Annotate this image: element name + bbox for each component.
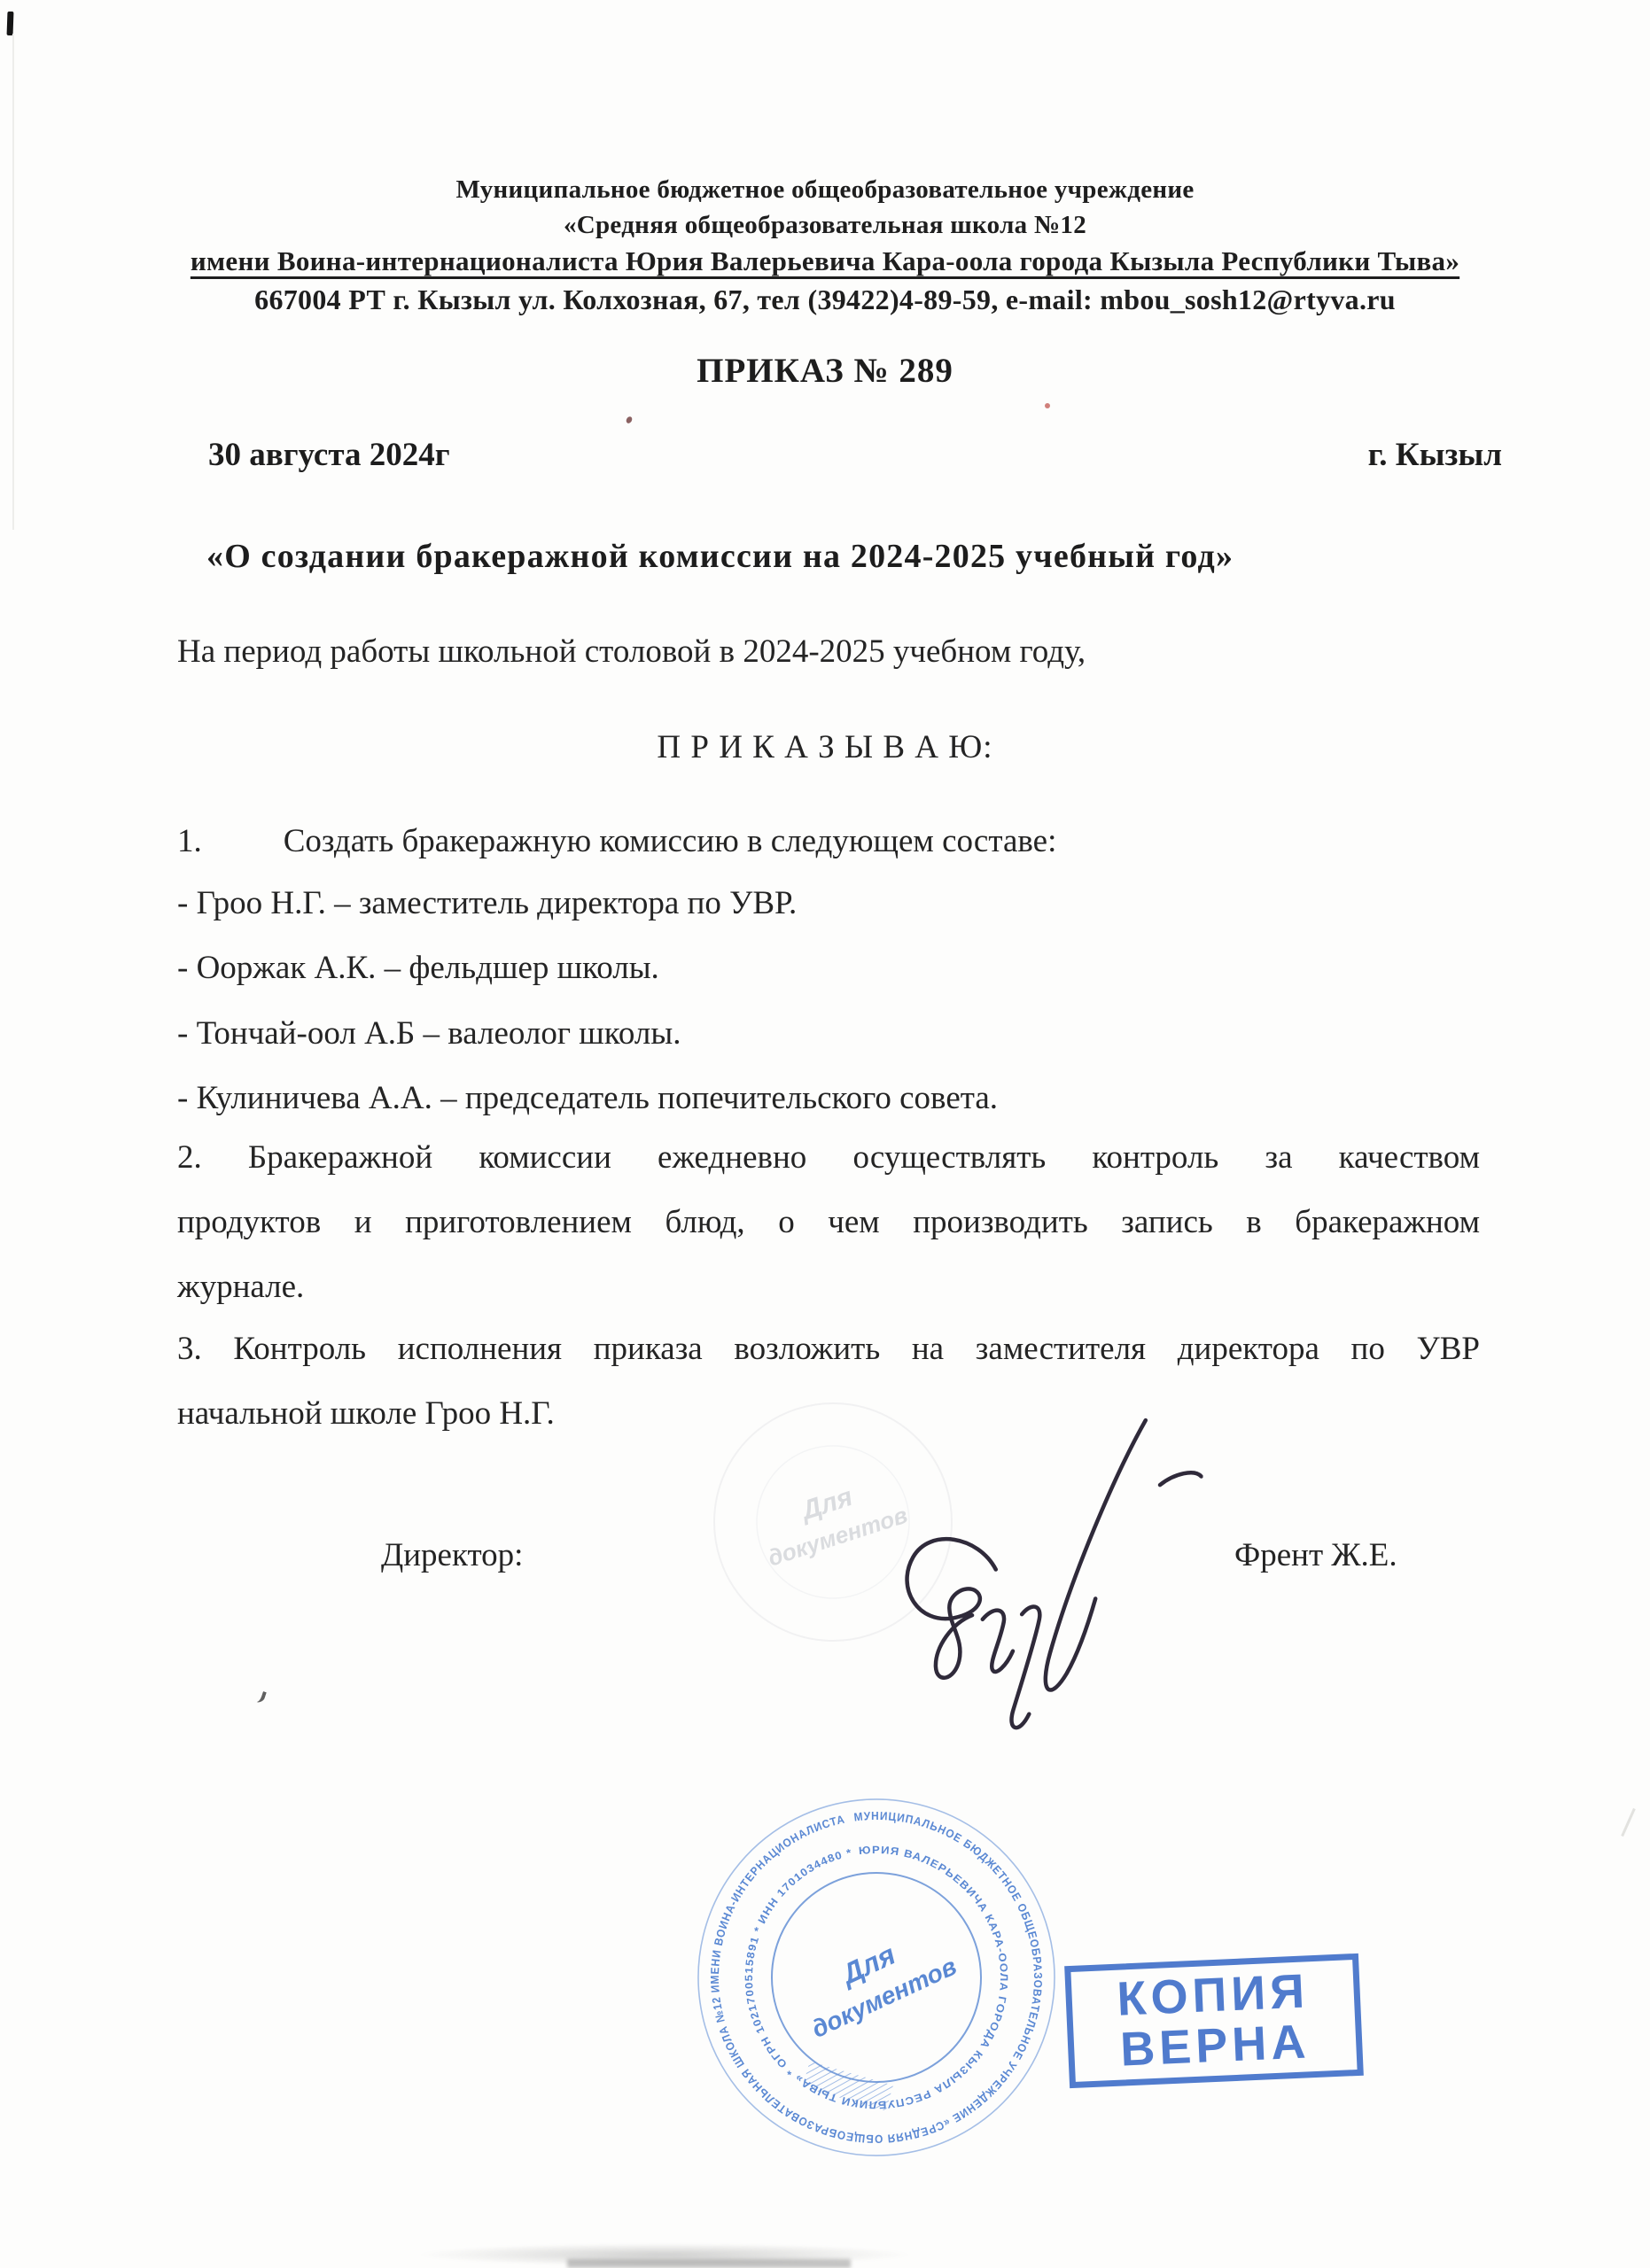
commission-member: - Кулиничева А.А. – председатель попечит…: [177, 1079, 998, 1117]
scan-artifact-red-speck: [1045, 403, 1050, 408]
director-label: Директор:: [381, 1536, 523, 1574]
org-name-line2: «Средняя общеобразовательная школа №12: [0, 207, 1650, 243]
item3-line: 3. Контроль исполнения приказа возложить…: [177, 1317, 1480, 1381]
director-signature: [835, 1380, 1207, 1752]
signature-stroke: [902, 1537, 998, 1681]
signature-stroke: [1011, 1606, 1040, 1729]
order-title: ПРИКАЗ № 289: [0, 351, 1650, 391]
org-name-line3: имени Воина-интернационалиста Юрия Валер…: [0, 243, 1650, 280]
item2-line: журнале.: [177, 1254, 1480, 1319]
scan-artifact-scratch: [1621, 1808, 1636, 1837]
org-header: Муниципальное бюджетное общеобразователь…: [0, 172, 1650, 319]
signature-stroke: [1160, 1472, 1202, 1487]
date-city-row: 30 августа 2024г г. Кызыл: [208, 436, 1502, 474]
scan-artifact-speck: [625, 416, 633, 424]
director-name: Френт Ж.Е.: [1234, 1536, 1397, 1574]
copy-stamp-line2: ВЕРНА: [1119, 2016, 1311, 2075]
order-intro: На период работы школьной столовой в 202…: [177, 633, 1086, 671]
signature-stroke: [980, 1610, 1016, 1673]
order-item-1: 1.Создать бракеражную комиссию в следующ…: [177, 822, 1056, 860]
decree-word: П Р И К А З Ы В А Ю:: [0, 728, 1650, 766]
signature-stroke: [1045, 1416, 1146, 1694]
item1-number: 1.: [177, 822, 202, 860]
scan-artifact-corner-tick: [7, 12, 14, 35]
commission-member: - Ооржак А.К. – фельдшер школы.: [177, 949, 659, 987]
commission-member: - Гроо Н.Г. – заместитель директора по У…: [177, 884, 797, 922]
order-date: 30 августа 2024г: [208, 436, 450, 474]
scan-artifact-bottom-smudge-dark: [567, 2259, 851, 2268]
round-school-stamp: МУНИЦИПАЛЬНОЕ БЮДЖЕТНОЕ ОБЩЕОБРАЗОВАТЕЛЬ…: [660, 1761, 1093, 2194]
order-city: г. Кызыл: [1368, 436, 1502, 474]
commission-member: - Тончай-оол А.Б – валеолог школы.: [177, 1014, 681, 1052]
copy-verna-stamp: КОПИЯ ВЕРНА: [1064, 1953, 1364, 2088]
order-subject: «О создании бракеражной комиссии на 2024…: [206, 537, 1234, 576]
item1-text: Создать бракеражную комиссию в следующем…: [284, 822, 1057, 860]
scan-artifact-stray-mark: [253, 1689, 267, 1704]
item2-line: продуктов и приготовлением блюд, о чем п…: [177, 1190, 1480, 1254]
order-item-2: 2. Бракеражной комиссии ежедневно осущес…: [177, 1125, 1480, 1319]
org-contacts-line: 667004 РТ г. Кызыл ул. Колхозная, 67, те…: [0, 280, 1650, 319]
item2-line: 2. Бракеражной комиссии ежедневно осущес…: [177, 1125, 1480, 1190]
scanned-order-document: Муниципальное бюджетное общеобразователь…: [0, 0, 1650, 2268]
org-name-line1: Муниципальное бюджетное общеобразователь…: [0, 172, 1650, 207]
